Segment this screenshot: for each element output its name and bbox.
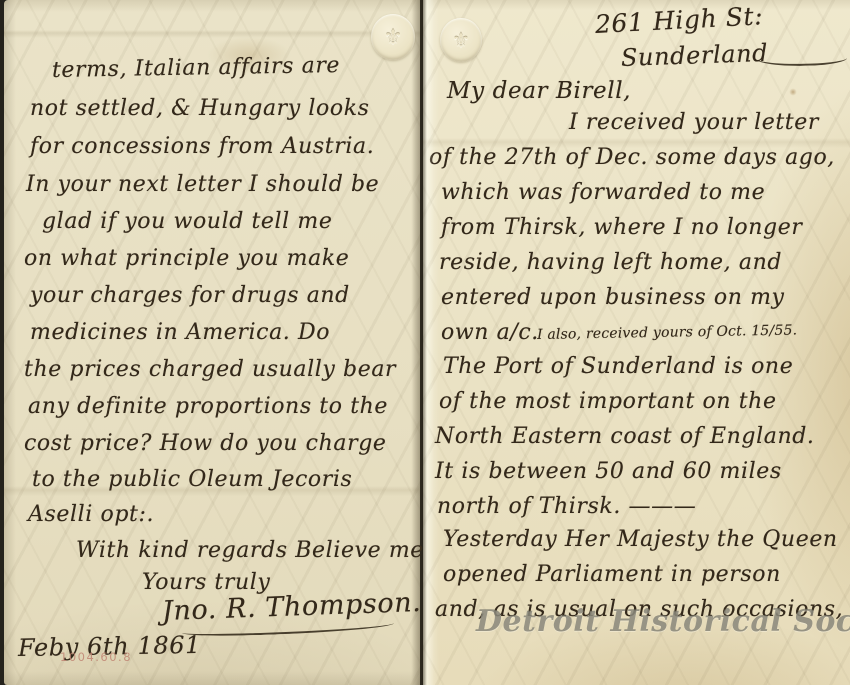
letter-line: terms, Italian affairs are [52, 55, 340, 82]
letter-line: I received your letter [569, 112, 819, 134]
letter-line: the prices charged usually bear [24, 359, 396, 381]
salutation: My dear Birell, [447, 80, 631, 103]
letter-line: In your next letter I should be [26, 174, 379, 196]
letter-line: of the most important on the [439, 391, 777, 413]
letter-line: glad if you would tell me [42, 211, 332, 233]
address-line: Sunderland [621, 41, 769, 70]
fleur-de-lis-icon: ⚜ [452, 28, 470, 52]
letter-page-left: ⚜ terms, Italian affairs are not settled… [4, 0, 420, 685]
letter-line: The Port of Sunderland is one [443, 356, 793, 378]
letter-line: for concessions from Austria. [30, 136, 374, 158]
letter-line: Aselli opt:. [28, 504, 154, 526]
scanned-letter-document: ⚜ terms, Italian affairs are not settled… [0, 0, 850, 685]
embossed-seal-icon: ⚜ [440, 18, 482, 62]
accession-number: 1004.60.8 [60, 650, 132, 664]
address-flourish [755, 48, 848, 67]
letter-line: which was forwarded to me [441, 182, 765, 204]
embossed-seal-icon: ⚜ [371, 14, 415, 60]
letter-line: opened Parliament in person [443, 564, 781, 586]
fleur-de-lis-icon: ⚜ [384, 25, 403, 49]
letter-page-right: ⚜ 261 High St: Sunderland My dear Birell… [423, 0, 850, 685]
letter-line: medicines in America. Do [30, 322, 330, 344]
valediction: Yours truly [142, 572, 270, 594]
letter-line: on what principle you make [24, 248, 349, 270]
letter-line: own a/c. [441, 322, 539, 344]
letter-line: cost price? How do you charge [24, 433, 387, 455]
letter-line: any definite proportions to the [28, 396, 388, 418]
letter-line: It is between 50 and 60 miles [435, 461, 782, 483]
interline-note: I also, received yours of Oct. 15/55. [537, 323, 798, 342]
letter-line: reside, having left home, and [439, 252, 782, 274]
letter-line: North Eastern coast of England. [435, 426, 815, 448]
address-line: 261 High St: [594, 3, 763, 37]
letter-line: entered upon business on my [441, 287, 785, 309]
closing-line: With kind regards Believe me [76, 540, 424, 562]
letter-line: and, as is usual on such occasions, [435, 599, 843, 621]
letter-line: not settled, & Hungary looks [30, 98, 370, 120]
letter-line: north of Thirsk. ——— [437, 496, 696, 518]
letter-line: of the 27th of Dec. some days ago, [429, 147, 835, 169]
letter-line: your charges for drugs and [30, 285, 350, 307]
letter-line: from Thirsk, where I no longer [441, 217, 802, 239]
letter-line: to the public Oleum Jecoris [32, 469, 352, 491]
letter-line: Yesterday Her Majesty the Queen [443, 529, 838, 551]
